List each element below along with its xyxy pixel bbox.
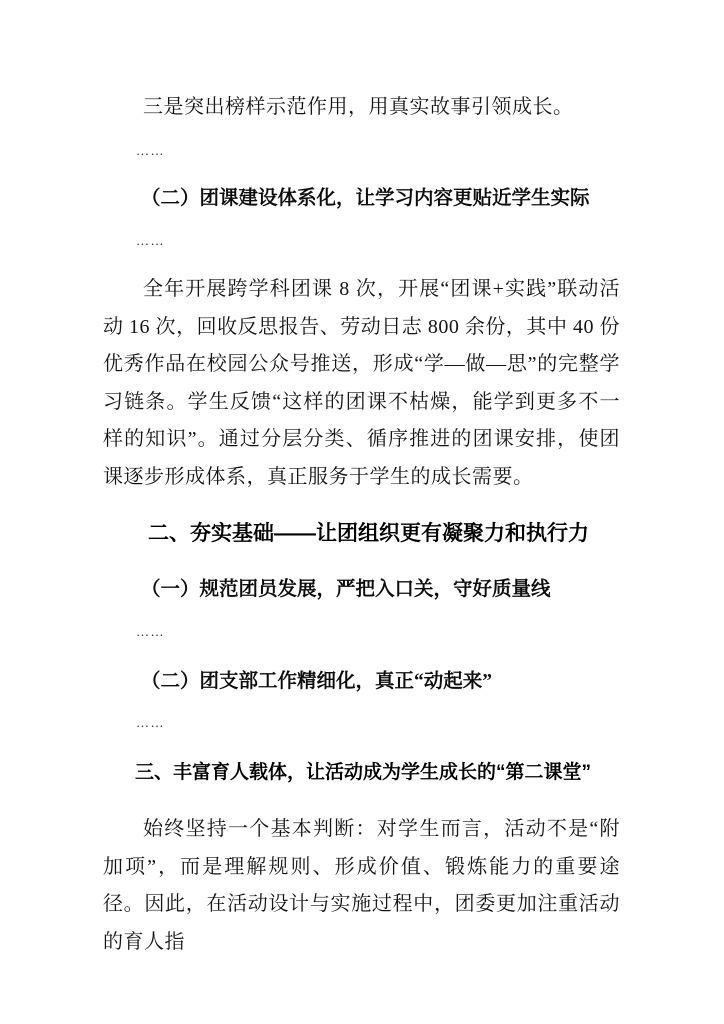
subheading-league-class-system: （二）团课建设体系化，让学习内容更贴近学生实际 [103, 180, 620, 218]
document-page: 三是突出榜样示范作用，用真实故事引领成长。 …… （二）团课建设体系化，让学习内… [0, 0, 724, 1024]
ellipsis-line: …… [103, 704, 620, 742]
paragraph-activity-judgment: 始终坚持一个基本判断：对学生而言，活动不是“附加项”，而是理解规则、形成价值、锻… [103, 811, 620, 961]
body-line-point-three: 三是突出榜样示范作用，用真实故事引领成长。 [103, 89, 620, 127]
section-heading-second-classroom: 三、丰富育人载体，让活动成为学生成长的“第二课堂” [103, 754, 620, 792]
subheading-member-development: （一）规范团员发展，严把入口关，守好质量线 [103, 571, 620, 609]
document-content-area: 三是突出榜样示范作用，用真实故事引领成长。 …… （二）团课建设体系化，让学习内… [103, 0, 620, 961]
ellipsis-line: …… [103, 613, 620, 651]
ellipsis-line: …… [103, 132, 620, 170]
section-heading-consolidate-foundation: 二、夯实基础——让团组织更有凝聚力和执行力 [103, 515, 620, 553]
subheading-branch-refinement: （二）团支部工作精细化，真正“动起来” [103, 663, 620, 701]
ellipsis-line: …… [103, 222, 620, 260]
paragraph-league-class-results: 全年开展跨学科团课 8 次，开展“团课+实践”联动活动 16 次，回收反思报告、… [103, 271, 620, 496]
